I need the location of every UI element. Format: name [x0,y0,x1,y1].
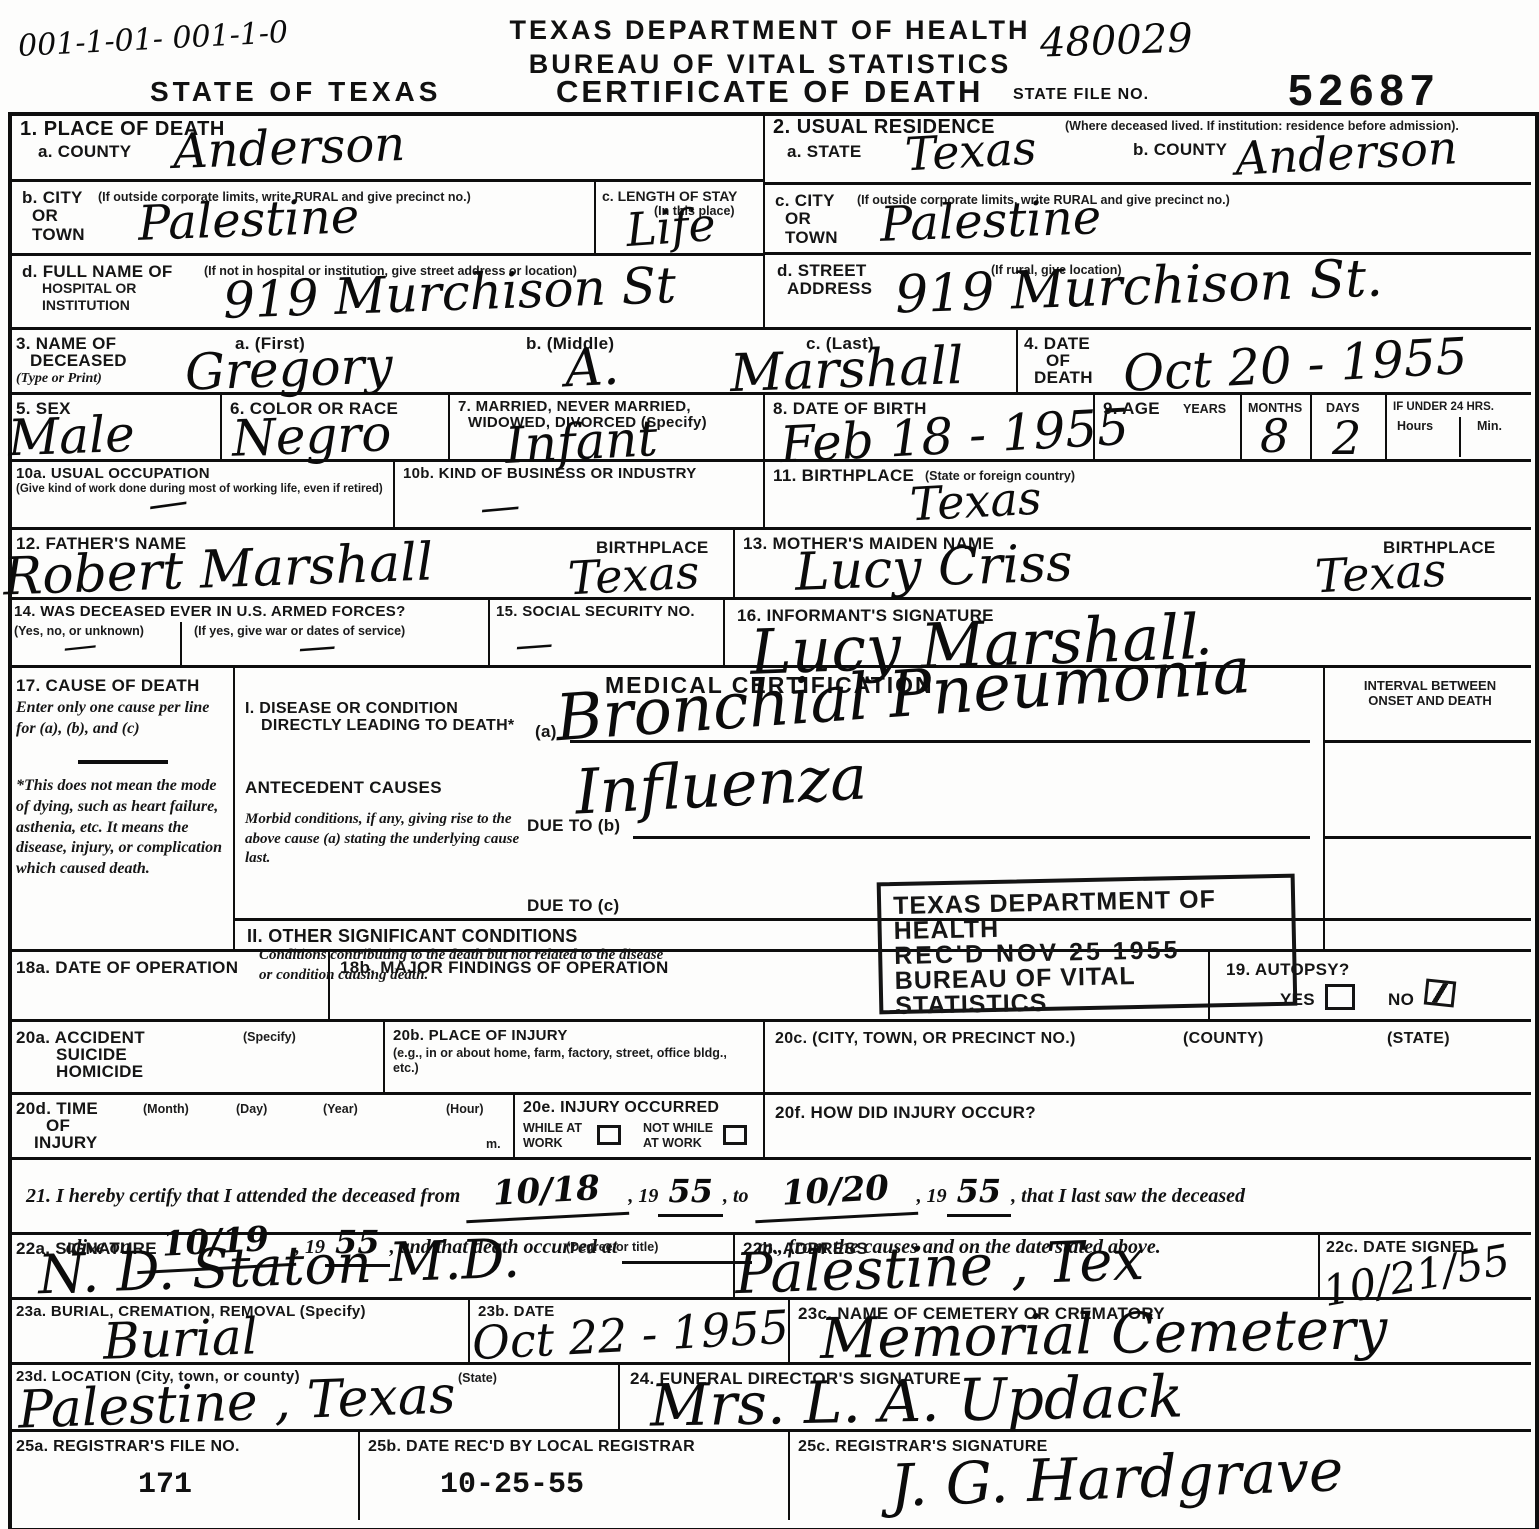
injury-m-label: m. [486,1137,501,1152]
cause-of-death-title: 17. CAUSE OF DEATH [16,676,200,695]
other-conditions-label: II. OTHER SIGNIFICANT CONDITIONS [247,926,578,946]
armed-forces-divider [180,622,182,668]
field-injury-occurred: 20e. INJURY OCCURRED WHILE AT WORK NOT W… [515,1095,765,1160]
fathers-birthplace-value: Texas [567,545,701,606]
handwritten-code: 001-1-01- 001-1-0 [17,15,289,64]
autopsy-no-checkbox [1424,979,1457,1008]
field-burial-location: 23d. LOCATION (City, town, or county) (S… [8,1365,620,1432]
length-of-stay-value: Life [624,197,717,257]
residence-county-label: b. COUNTY [1133,140,1227,159]
antecedent-note: Morbid conditions, if any, giving rise t… [245,810,520,869]
injury-hour-label: (Hour) [446,1102,484,1117]
state-of-texas-title: STATE OF TEXAS [150,76,441,108]
mothers-birthplace-value: Texas [1314,543,1448,604]
date-received-label: 25b. DATE REC'D BY LOCAL REGISTRAR [368,1438,695,1456]
field-age: 9. AGE YEARS MONTHS 8 DAYS 2 IF UNDER 24… [1095,395,1531,462]
field-accident-suicide-homicide: 20a. ACCIDENT SUICIDE HOMICIDE (Specify) [8,1022,385,1095]
date-of-death-title3: DEATH [1034,368,1093,387]
field-physician-address: 22b. ADDRESS Palestine , Tex [735,1235,1320,1300]
interval-label: INTERVAL BETWEEN ONSET AND DEATH [1345,678,1515,709]
disease-condition-label2: DIRECTLY LEADING TO DEATH* [261,717,514,735]
certificate-title: CERTIFICATE OF DEATH [556,74,983,110]
age-hours-label: Hours [1397,419,1433,434]
age-min-label: Min. [1477,419,1502,434]
occupation-note: (Give kind of work done during most of w… [16,483,386,497]
field-cemetery-name: 23c. NAME OF CEMETERY OR CREMATORY Memor… [790,1300,1531,1365]
burial-location-state-note: (State) [458,1371,497,1386]
interval-label-line2: ONSET AND DEATH [1368,693,1492,708]
field-date-of-death: 4. DATE OF DEATH Oct 20 - 1955 [1018,330,1531,395]
registrar-signature-value: J. G. Hardgrave [889,1436,1344,1520]
date-of-death-value: Oct 20 - 1955 [1122,327,1469,403]
not-while-at-work-checkbox [723,1125,747,1145]
field-how-injury-occurred: 20f. HOW DID INJURY OCCUR? [765,1095,1531,1160]
field-ssn: 15. SOCIAL SECURITY NO. — [490,600,725,668]
age-years-label: YEARS [1183,402,1226,417]
cause-c-label: DUE TO (c) [527,896,619,915]
date-received-value: 10-25-55 [440,1468,584,1502]
injury-city-label: 20c. (CITY, TOWN, OR PRECINCT NO.) [775,1030,1076,1048]
ssn-value: — [514,621,555,668]
major-findings-label: 18b. MAJOR FINDINGS OF OPERATION [340,958,669,977]
age-hours-min-divider [1459,417,1461,457]
cause-a-label: (a) [535,722,557,741]
time-of-injury-label3: INJURY [34,1133,98,1152]
while-at-work-label: WHILE AT WORK [523,1121,593,1151]
field-city-of-death: b. CITY OR TOWN (If outside corporate li… [8,182,596,256]
residence-city-label2: OR TOWN [785,209,845,247]
residence-state-value: Texas [904,121,1038,182]
cert-text-2: , 19 [628,1185,658,1207]
death-certificate-scan: 001-1-01- 001-1-0 TEXAS DEPARTMENT OF HE… [0,0,1539,1529]
injury-occurred-label: 20e. INJURY OCCURRED [523,1099,719,1117]
age-days-value: 2 [1332,411,1361,465]
county-of-death-label: a. COUNTY [38,142,131,161]
dept-name: TEXAS DEPARTMENT OF HEALTH BUREAU OF VIT… [490,14,1050,82]
interval-line-a [1325,740,1531,743]
field-injury-city: 20c. (CITY, TOWN, OR PRECINCT NO.) (COUN… [765,1022,1531,1095]
field-length-of-stay: c. LENGTH OF STAY (In this place) Life [596,182,765,256]
cert-from-year: 55 [658,1169,723,1217]
age-months-value: 8 [1260,409,1289,463]
cause-of-death-footnote: *This does not mean the mode of dying, s… [16,776,224,880]
field-time-of-injury: 20d. TIME OF INJURY (Month) (Day) (Year)… [8,1095,515,1160]
cert-to-value: 10/20 [752,1164,917,1223]
field-sex: 5. SEX Male [8,395,222,462]
sex-value: Male [7,405,136,467]
field-residence-state-county: 2. USUAL RESIDENCE (Where deceased lived… [765,112,1531,185]
industry-value: — [478,482,522,531]
field-date-signed: 22c. DATE SIGNED 10/21/55 [1320,1235,1531,1300]
armed-forces-value1: — [61,624,99,667]
field-burial-type: 23a. BURIAL, CREMATION, REMOVAL (Specify… [8,1300,470,1365]
state-file-no-label: STATE FILE NO. [1013,86,1149,104]
field-informant-signature: 16. INFORMANT'S SIGNATURE Lucy Marshall [725,600,1531,668]
middle-name-value: A. [563,337,620,400]
field-name-of-deceased-label: 3. NAME OF DECEASED (Type or Print) [8,330,205,395]
autopsy-no-label: NO [1388,990,1414,1009]
cert-to-year: 55 [947,1169,1012,1217]
mothers-name-value: Lucy Criss [794,533,1074,603]
interval-label-line1: INTERVAL BETWEEN [1364,678,1496,693]
field-residence-city: c. CITY OR TOWN (If outside corporate li… [765,185,1531,255]
field-registrar-signature: 25c. REGISTRAR'S SIGNATURE J. G. Hardgra… [790,1432,1531,1520]
first-name-value: Gregory [184,336,394,401]
residence-county-value: Anderson [1234,120,1459,186]
field-mothers-name: 13. MOTHER'S MAIDEN NAME BIRTHPLACE Lucy… [735,530,1531,600]
interval-line-c [1325,918,1531,921]
cause-divider-line [78,760,168,764]
race-value: Negro [231,404,392,468]
injury-month-label: (Month) [143,1102,189,1117]
city-of-death-label: b. CITY [22,188,83,207]
city-of-death-label2: OR TOWN [32,206,92,244]
stamp-line1: TEXAS DEPARTMENT OF HEALTH [893,886,1280,944]
armed-forces-note2: (If yes, give war or dates of service) [194,624,484,639]
field-usual-occupation: 10a. USUAL OCCUPATION (Give kind of work… [8,462,395,530]
field-first-name: a. (First) Gregory [205,330,520,395]
field-certification-statement: 21. I hereby certify that I attended the… [8,1160,1531,1235]
field-interval-column: INTERVAL BETWEEN ONSET AND DEATH [1325,668,1531,952]
how-injury-occurred-label: 20f. HOW DID INJURY OCCUR? [775,1103,1036,1122]
dept-line1: TEXAS DEPARTMENT OF HEALTH [490,14,1050,48]
accident-specify-note: (Specify) [243,1030,296,1045]
physician-address-value: Palestine , Tex [734,1228,1145,1307]
age-months-cell: MONTHS 8 [1240,395,1310,462]
field-date-of-operation: 18a. DATE OF OPERATION [8,952,330,1022]
age-label: 9. AGE [1103,399,1160,418]
cemetery-name-value: Memorial Cemetery [819,1297,1387,1372]
field-autopsy: 19. AUTOPSY? YES NO [1210,952,1531,1022]
hospital-label: d. FULL NAME OF [22,262,173,281]
field-fathers-name: 12. FATHER'S NAME BIRTHPLACE Robert Mars… [8,530,735,600]
place-of-injury-note: (e.g., in or about home, farm, factory, … [393,1046,743,1076]
county-of-death-value: Anderson [172,116,406,180]
registrar-file-no-value: 171 [138,1468,192,1502]
date-of-operation-label: 18a. DATE OF OPERATION [16,958,238,977]
field-hospital-name: d. FULL NAME OF HOSPITAL OR INSTITUTION … [8,256,765,330]
ssn-label: 15. SOCIAL SECURITY NO. [496,604,695,621]
autopsy-yes-checkbox [1325,984,1355,1010]
field-burial-date: 23b. DATE Oct 22 - 1955 [470,1300,790,1365]
residence-street-label: d. STREET [777,261,867,280]
age-days-cell: DAYS 2 [1310,395,1385,462]
cause-b-value: Influenza [573,740,868,828]
name-title-note: (Type or Print) [16,370,102,388]
birthplace-label: 11. BIRTHPLACE [773,466,914,485]
funeral-director-value: Mrs. L. A. Updack [649,1362,1183,1439]
age-under24-label: IF UNDER 24 HRS. [1393,401,1494,415]
field-cause-of-death-label: 17. CAUSE OF DEATH Enter only one cause … [8,668,235,952]
cert-text-3: , to [723,1185,749,1207]
name-title2: DECEASED [30,351,127,370]
handwritten-file-number: 480029 [1039,15,1193,66]
injury-day-label: (Day) [236,1102,267,1117]
field-date-of-birth: 8. DATE OF BIRTH Feb 18 - 1955 [765,395,1095,462]
cert-text-5: , that I last saw the deceased [1011,1185,1245,1207]
disease-condition-label: I. DISEASE OR CONDITION [245,700,458,718]
field-date-received: 25b. DATE REC'D BY LOCAL REGISTRAR 10-25… [360,1432,790,1520]
field-place-of-injury: 20b. PLACE OF INJURY (e.g., in or about … [385,1022,765,1095]
hospital-label2: HOSPITAL OR INSTITUTION [42,280,162,313]
state-file-no-value: 52687 [1288,66,1440,116]
field-registrar-file-no: 25a. REGISTRAR'S FILE NO. 171 [8,1432,360,1520]
armed-forces-label: 14. WAS DECEASED EVER IN U.S. ARMED FORC… [14,604,406,621]
residence-street-label2: ADDRESS [787,279,872,298]
armed-forces-value2: — [297,623,338,670]
field-marital-status: 7. MARRIED, NEVER MARRIED, WIDOWED, DIVO… [450,395,765,462]
degree-or-title-note: (Degree or title) [566,1240,658,1255]
field-birthplace: 11. BIRTHPLACE (State or foreign country… [765,462,1531,530]
injury-state-label: (STATE) [1387,1030,1450,1048]
injury-year-label: (Year) [323,1102,358,1117]
field-major-findings: 18b. MAJOR FINDINGS OF OPERATION [330,952,1210,1022]
field-last-name: c. (Last) Marshall [800,330,1018,395]
burial-type-value: Burial [102,1307,259,1370]
antecedent-label: ANTECEDENT CAUSES [245,778,442,797]
residence-city-label: c. CITY [775,191,835,210]
homicide-label: HOMICIDE [56,1062,143,1081]
field-color-or-race: 6. COLOR OR RACE Negro [222,395,450,462]
field-residence-street: d. STREET ADDRESS (If rural, give locati… [765,255,1531,330]
cause-b-line [633,836,1310,839]
field-physician-signature: 22a. SIGNATURE (Degree or title) N. D. S… [8,1235,735,1300]
not-while-at-work-label: NOT WHILE AT WORK [643,1121,717,1151]
field-place-of-death-county: 1. PLACE OF DEATH a. COUNTY Anderson [8,112,765,182]
cert-from-value: 10/18 [464,1164,629,1223]
residence-street-value: 919 Murchison St. [894,249,1383,326]
field-armed-forces: 14. WAS DECEASED EVER IN U.S. ARMED FORC… [8,600,490,668]
birthplace-value: Texas [909,471,1043,532]
occupation-value: — [145,477,191,528]
autopsy-label: 19. AUTOPSY? [1226,960,1350,979]
interval-line-b [1325,836,1531,839]
injury-county-label: (COUNTY) [1183,1030,1264,1048]
autopsy-yes-label: YES [1280,990,1315,1009]
cause-of-death-intro: Enter only one cause per line for (a), (… [16,698,221,740]
industry-label: 10b. KIND OF BUSINESS OR INDUSTRY [403,466,697,483]
residence-state-label: a. STATE [787,142,862,161]
registrar-file-no-label: 25a. REGISTRAR'S FILE NO. [16,1438,240,1456]
field-business-industry: 10b. KIND OF BUSINESS OR INDUSTRY — [395,462,765,530]
cert-text-1: 21. I hereby certify that I attended the… [26,1185,460,1207]
while-at-work-checkbox [597,1125,621,1145]
last-name-value: Marshall [729,336,964,404]
cert-text-4: , 19 [917,1185,947,1207]
place-of-injury-label: 20b. PLACE OF INJURY [393,1028,568,1045]
city-of-death-value: Palestine [137,188,360,252]
field-funeral-director: 24. FUNERAL DIRECTOR'S SIGNATURE Mrs. L.… [620,1365,1531,1432]
age-under24-cell: IF UNDER 24 HRS. Hours Min. [1385,395,1531,462]
residence-city-value: Palestine [879,189,1102,253]
